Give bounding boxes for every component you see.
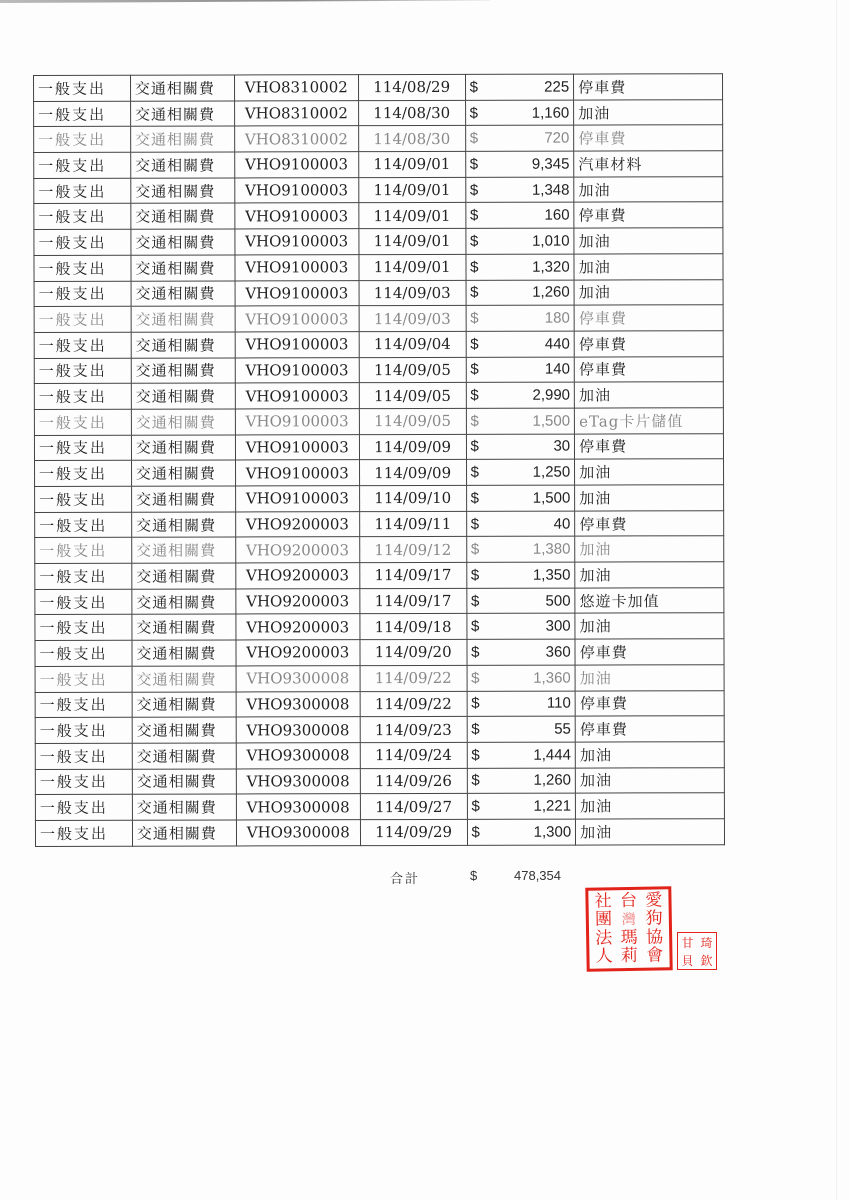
date-cell: 114/08/30 bbox=[358, 100, 465, 126]
amount-value: 1,300 bbox=[534, 823, 572, 840]
table-row: 一般支出交通相關費VHO9300008114/09/27$1,221加油 bbox=[35, 793, 724, 820]
expense-type-cell: 一般支出 bbox=[34, 127, 131, 153]
seal-character: 台 bbox=[616, 893, 642, 910]
table-row: 一般支出交通相關費VHO9100003114/09/01$9,345汽車材料 bbox=[34, 151, 723, 178]
table-row: 一般支出交通相關費VHO9100003114/09/01$1,320加油 bbox=[34, 254, 723, 281]
description-cell: 加油 bbox=[576, 793, 725, 819]
voucher-number-cell: VHO9300008 bbox=[236, 691, 360, 717]
expense-type-cell: 一般支出 bbox=[34, 229, 131, 255]
voucher-number-cell: VHO8310002 bbox=[234, 100, 358, 126]
category-cell: 交通相關費 bbox=[131, 460, 235, 486]
table-row: 一般支出交通相關費VHO9100003114/09/04$440停車費 bbox=[34, 331, 723, 358]
currency-symbol: $ bbox=[470, 413, 478, 430]
date-cell: 114/09/17 bbox=[359, 562, 466, 588]
amount-cell: $1,300 bbox=[467, 819, 576, 845]
currency-symbol: $ bbox=[471, 567, 479, 584]
table-row: 一般支出交通相關費VHO9100003114/09/09$30停車費 bbox=[34, 433, 723, 460]
personal-seal: 甘琦貝欽 bbox=[677, 932, 717, 970]
amount-cell: $1,160 bbox=[465, 100, 574, 126]
description-cell: eTag卡片儲值 bbox=[575, 408, 724, 434]
table-row: 一般支出交通相關費VHO9100003114/09/01$1,010加油 bbox=[34, 228, 723, 255]
seal-character: 貝 bbox=[678, 952, 697, 969]
amount-value: 30 bbox=[553, 438, 570, 455]
voucher-number-cell: VHO9100003 bbox=[235, 460, 359, 486]
voucher-number-cell: VHO9100003 bbox=[235, 177, 359, 203]
amount-cell: $110 bbox=[467, 691, 576, 717]
expense-type-cell: 一般支出 bbox=[35, 743, 132, 769]
date-cell: 114/09/27 bbox=[360, 794, 467, 820]
currency-symbol: $ bbox=[471, 438, 479, 455]
expense-type-cell: 一般支出 bbox=[34, 435, 131, 461]
category-cell: 交通相關費 bbox=[131, 383, 235, 409]
seal-character: 琦 bbox=[697, 934, 716, 951]
amount-cell: $1,260 bbox=[467, 768, 576, 794]
description-cell: 加油 bbox=[575, 613, 724, 639]
currency-symbol: $ bbox=[470, 207, 478, 224]
description-cell: 停車費 bbox=[574, 202, 723, 228]
expense-type-cell: 一般支出 bbox=[35, 794, 132, 820]
amount-value: 180 bbox=[545, 310, 570, 327]
table-row: 一般支出交通相關費VHO9100003114/09/01$160停車費 bbox=[34, 202, 723, 229]
date-cell: 114/09/29 bbox=[360, 819, 467, 845]
description-cell: 停車費 bbox=[574, 305, 723, 331]
total-value: 478,354 bbox=[514, 868, 561, 883]
amount-cell: $1,380 bbox=[466, 536, 575, 562]
amount-value: 720 bbox=[544, 130, 569, 147]
amount-value: 1,260 bbox=[533, 772, 571, 789]
amount-cell: $1,320 bbox=[466, 254, 575, 280]
expense-type-cell: 一般支出 bbox=[35, 692, 132, 718]
amount-value: 1,500 bbox=[533, 489, 571, 506]
expense-type-cell: 一般支出 bbox=[35, 461, 132, 487]
description-cell: 停車費 bbox=[574, 331, 723, 357]
expense-type-cell: 一般支出 bbox=[35, 589, 132, 615]
table-row: 一般支出交通相關費VHO9200003114/09/17$1,350加油 bbox=[35, 562, 724, 589]
amount-cell: $720 bbox=[465, 125, 574, 151]
date-cell: 114/09/18 bbox=[360, 614, 467, 640]
date-cell: 114/09/01 bbox=[359, 254, 466, 280]
amount-value: 225 bbox=[544, 78, 569, 95]
amount-cell: $1,350 bbox=[466, 562, 575, 588]
description-cell: 加油 bbox=[574, 254, 723, 280]
category-cell: 交通相關費 bbox=[132, 691, 236, 717]
date-cell: 114/09/01 bbox=[358, 177, 465, 203]
currency-symbol: $ bbox=[471, 695, 479, 712]
table-row: 一般支出交通相關費VHO9100003114/09/05$140停車費 bbox=[34, 356, 723, 383]
category-cell: 交通相關費 bbox=[132, 666, 236, 692]
amount-cell: $55 bbox=[467, 716, 576, 742]
total-label: 合計 bbox=[390, 868, 430, 887]
category-cell: 交通相關費 bbox=[131, 126, 235, 152]
expense-type-cell: 一般支出 bbox=[34, 152, 131, 178]
total-currency: $ bbox=[470, 868, 477, 883]
amount-value: 1,250 bbox=[533, 464, 571, 481]
category-cell: 交通相關費 bbox=[131, 486, 235, 512]
seal-character: 愛 bbox=[641, 892, 667, 909]
amount-cell: $180 bbox=[466, 305, 575, 331]
voucher-number-cell: VHO9300008 bbox=[236, 665, 360, 691]
seal-character: 團 bbox=[591, 911, 617, 928]
table-row: 一般支出交通相關費VHO9100003114/09/10$1,500加油 bbox=[35, 485, 724, 512]
category-cell: 交通相關費 bbox=[131, 152, 235, 178]
category-cell: 交通相關費 bbox=[132, 743, 236, 769]
table-row: 一般支出交通相關費VHO9200003114/09/18$300加油 bbox=[35, 613, 724, 640]
amount-value: 160 bbox=[544, 207, 569, 224]
voucher-number-cell: VHO9100003 bbox=[235, 332, 359, 358]
date-cell: 114/09/01 bbox=[359, 228, 466, 254]
scan-edge-shadow bbox=[0, 0, 490, 3]
amount-cell: $1,500 bbox=[466, 485, 575, 511]
voucher-number-cell: VHO9300008 bbox=[236, 794, 360, 820]
seal-character: 甘 bbox=[678, 934, 697, 951]
seal-character: 人 bbox=[591, 948, 617, 965]
description-cell: 停車費 bbox=[575, 510, 724, 536]
amount-value: 40 bbox=[554, 515, 571, 532]
currency-symbol: $ bbox=[471, 592, 479, 609]
amount-cell: $1,360 bbox=[467, 665, 576, 691]
voucher-number-cell: VHO9300008 bbox=[236, 717, 360, 743]
currency-symbol: $ bbox=[471, 618, 479, 635]
amount-value: 1,010 bbox=[532, 233, 570, 250]
amount-cell: $225 bbox=[465, 74, 574, 100]
amount-cell: $160 bbox=[465, 203, 574, 229]
currency-symbol: $ bbox=[470, 181, 478, 198]
expense-type-cell: 一般支出 bbox=[34, 409, 131, 435]
category-cell: 交通相關費 bbox=[131, 255, 235, 281]
category-cell: 交通相關費 bbox=[132, 614, 236, 640]
table-row: 一般支出交通相關費VHO9300008114/09/29$1,300加油 bbox=[35, 819, 724, 846]
voucher-number-cell: VHO9100003 bbox=[235, 486, 359, 512]
expense-type-cell: 一般支出 bbox=[35, 717, 132, 743]
expense-type-cell: 一般支出 bbox=[34, 358, 131, 384]
category-cell: 交通相關費 bbox=[131, 229, 235, 255]
table-row: 一般支出交通相關費VHO9100003114/09/05$1,500eTag卡片… bbox=[34, 408, 723, 435]
category-cell: 交通相關費 bbox=[132, 512, 236, 538]
currency-symbol: $ bbox=[471, 515, 479, 532]
category-cell: 交通相關費 bbox=[132, 640, 236, 666]
date-cell: 114/09/11 bbox=[359, 511, 466, 537]
date-cell: 114/09/09 bbox=[359, 434, 466, 460]
date-cell: 114/09/22 bbox=[360, 691, 467, 717]
expense-type-cell: 一般支出 bbox=[34, 332, 131, 358]
currency-symbol: $ bbox=[470, 310, 478, 327]
currency-symbol: $ bbox=[471, 669, 479, 686]
table-row: 一般支出交通相關費VHO9300008114/09/22$1,360加油 bbox=[35, 665, 724, 692]
amount-cell: $30 bbox=[466, 434, 575, 460]
expense-type-cell: 一般支出 bbox=[35, 538, 132, 564]
expense-type-cell: 一般支出 bbox=[34, 101, 131, 127]
description-cell: 加油 bbox=[574, 99, 723, 125]
voucher-number-cell: VHO9200003 bbox=[236, 640, 360, 666]
amount-value: 440 bbox=[545, 335, 570, 352]
description-cell: 加油 bbox=[574, 176, 723, 202]
date-cell: 114/09/01 bbox=[358, 151, 465, 177]
category-cell: 交通相關費 bbox=[131, 178, 235, 204]
expense-type-cell: 一般支出 bbox=[35, 666, 132, 692]
amount-value: 500 bbox=[545, 592, 570, 609]
seal-character: 莉 bbox=[617, 948, 643, 965]
currency-symbol: $ bbox=[470, 336, 478, 353]
amount-cell: $440 bbox=[466, 331, 575, 357]
category-cell: 交通相關費 bbox=[132, 563, 236, 589]
currency-symbol: $ bbox=[470, 233, 478, 250]
voucher-number-cell: VHO9200003 bbox=[236, 614, 360, 640]
currency-symbol: $ bbox=[471, 490, 479, 507]
amount-cell: $2,990 bbox=[466, 382, 575, 408]
amount-cell: $300 bbox=[466, 614, 575, 640]
currency-symbol: $ bbox=[471, 541, 479, 558]
voucher-number-cell: VHO9100003 bbox=[235, 383, 359, 409]
description-cell: 加油 bbox=[574, 228, 723, 254]
category-cell: 交通相關費 bbox=[132, 717, 236, 743]
expense-ledger-table: 一般支出交通相關費VHO8310002114/08/29$225停車費一般支出交… bbox=[33, 73, 725, 846]
amount-cell: $1,260 bbox=[466, 280, 575, 306]
category-cell: 交通相關費 bbox=[131, 332, 235, 358]
description-cell: 停車費 bbox=[574, 125, 723, 151]
amount-value: 1,350 bbox=[533, 567, 571, 584]
amount-cell: $1,010 bbox=[465, 228, 574, 254]
description-cell: 加油 bbox=[575, 767, 724, 793]
description-cell: 加油 bbox=[575, 536, 724, 562]
amount-value: 1,260 bbox=[532, 284, 570, 301]
amount-cell: $1,348 bbox=[465, 177, 574, 203]
amount-cell: $40 bbox=[466, 511, 575, 537]
description-cell: 加油 bbox=[575, 665, 724, 691]
currency-symbol: $ bbox=[471, 772, 479, 789]
seal-character: 法 bbox=[591, 930, 617, 947]
voucher-number-cell: VHO9100003 bbox=[235, 229, 359, 255]
category-cell: 交通相關費 bbox=[131, 435, 235, 461]
category-cell: 交通相關費 bbox=[132, 537, 236, 563]
amount-cell: $1,250 bbox=[466, 459, 575, 485]
currency-symbol: $ bbox=[470, 156, 478, 173]
currency-symbol: $ bbox=[470, 130, 478, 147]
date-cell: 114/09/26 bbox=[360, 768, 467, 794]
voucher-number-cell: VHO9100003 bbox=[234, 152, 358, 178]
table-row: 一般支出交通相關費VHO9100003114/09/03$1,260加油 bbox=[34, 279, 723, 306]
amount-value: 1,380 bbox=[533, 541, 571, 558]
expense-type-cell: 一般支出 bbox=[34, 178, 131, 204]
category-cell: 交通相關費 bbox=[131, 306, 235, 332]
amount-value: 55 bbox=[554, 721, 571, 738]
amount-value: 1,160 bbox=[532, 104, 570, 121]
description-cell: 加油 bbox=[574, 279, 723, 305]
table-row: 一般支出交通相關費VHO8310002114/08/29$225停車費 bbox=[34, 74, 723, 101]
description-cell: 停車費 bbox=[575, 690, 724, 716]
amount-cell: $1,444 bbox=[467, 742, 576, 768]
voucher-number-cell: VHO8310002 bbox=[234, 75, 358, 101]
voucher-number-cell: VHO9100003 bbox=[235, 280, 359, 306]
amount-value: 360 bbox=[546, 644, 571, 661]
table-row: 一般支出交通相關費VHO8310002114/08/30$1,160加油 bbox=[34, 99, 723, 126]
amount-value: 1,221 bbox=[534, 798, 572, 815]
currency-symbol: $ bbox=[470, 258, 478, 275]
currency-symbol: $ bbox=[470, 387, 478, 404]
amount-cell: $360 bbox=[467, 639, 576, 665]
table-row: 一般支出交通相關費VHO9300008114/09/22$110停車費 bbox=[35, 690, 724, 717]
amount-cell: $1,221 bbox=[467, 793, 576, 819]
amount-value: 1,320 bbox=[532, 258, 570, 275]
seal-character: 協 bbox=[642, 929, 668, 946]
date-cell: 114/09/20 bbox=[360, 639, 467, 665]
date-cell: 114/09/22 bbox=[360, 665, 467, 691]
date-cell: 114/09/04 bbox=[359, 331, 466, 357]
table-row: 一般支出交通相關費VHO9200003114/09/11$40停車費 bbox=[35, 510, 724, 537]
expense-type-cell: 一般支出 bbox=[35, 512, 132, 538]
currency-symbol: $ bbox=[470, 284, 478, 301]
currency-symbol: $ bbox=[471, 464, 479, 481]
seal-character: 狗 bbox=[641, 911, 667, 928]
category-cell: 交通相關費 bbox=[131, 280, 235, 306]
description-cell: 加油 bbox=[575, 742, 724, 768]
amount-value: 140 bbox=[545, 361, 570, 378]
date-cell: 114/09/23 bbox=[360, 717, 467, 743]
amount-value: 300 bbox=[546, 618, 571, 635]
category-cell: 交通相關費 bbox=[131, 203, 235, 229]
category-cell: 交通相關費 bbox=[131, 409, 235, 435]
category-cell: 交通相關費 bbox=[131, 358, 235, 384]
description-cell: 停車費 bbox=[574, 74, 723, 100]
table-row: 一般支出交通相關費VHO9300008114/09/23$55停車費 bbox=[35, 716, 724, 743]
seal-character: 會 bbox=[642, 948, 668, 965]
voucher-number-cell: VHO9200003 bbox=[236, 563, 360, 589]
category-cell: 交通相關費 bbox=[130, 101, 234, 127]
amount-cell: $1,500 bbox=[466, 408, 575, 434]
description-cell: 停車費 bbox=[575, 716, 724, 742]
category-cell: 交通相關費 bbox=[132, 794, 236, 820]
date-cell: 114/09/12 bbox=[359, 537, 466, 563]
table-row: 一般支出交通相關費VHO9100003114/09/05$2,990加油 bbox=[34, 382, 723, 409]
description-cell: 加油 bbox=[574, 382, 723, 408]
voucher-number-cell: VHO9100003 bbox=[235, 306, 359, 332]
table-row: 一般支出交通相關費VHO9100003114/09/09$1,250加油 bbox=[35, 459, 724, 486]
voucher-number-cell: VHO9100003 bbox=[235, 434, 359, 460]
expense-type-cell: 一般支出 bbox=[34, 306, 131, 332]
voucher-number-cell: VHO9100003 bbox=[235, 409, 359, 435]
description-cell: 停車費 bbox=[575, 433, 724, 459]
currency-symbol: $ bbox=[470, 104, 478, 121]
date-cell: 114/08/30 bbox=[358, 126, 465, 152]
currency-symbol: $ bbox=[471, 721, 479, 738]
description-cell: 悠遊卡加值 bbox=[575, 587, 724, 613]
amount-cell: $500 bbox=[466, 588, 575, 614]
date-cell: 114/09/03 bbox=[359, 280, 466, 306]
category-cell: 交通相關費 bbox=[132, 820, 236, 846]
organization-seal: 社台愛團灣狗法瑪協人莉會 bbox=[585, 886, 672, 971]
amount-value: 1,348 bbox=[532, 181, 570, 198]
description-cell: 加油 bbox=[575, 459, 724, 485]
description-cell: 加油 bbox=[576, 819, 725, 845]
table-row: 一般支出交通相關費VHO9200003114/09/12$1,380加油 bbox=[35, 536, 724, 563]
date-cell: 114/09/05 bbox=[359, 383, 466, 409]
voucher-number-cell: VHO9100003 bbox=[235, 357, 359, 383]
table-row: 一般支出交通相關費VHO8310002114/08/30$720停車費 bbox=[34, 125, 723, 152]
date-cell: 114/09/03 bbox=[359, 306, 466, 332]
voucher-number-cell: VHO9300008 bbox=[236, 820, 360, 846]
date-cell: 114/09/17 bbox=[360, 588, 467, 614]
expense-type-cell: 一般支出 bbox=[35, 486, 132, 512]
currency-symbol: $ bbox=[471, 747, 479, 764]
expense-type-cell: 一般支出 bbox=[34, 255, 131, 281]
expense-type-cell: 一般支出 bbox=[35, 640, 132, 666]
amount-value: 1,444 bbox=[533, 746, 571, 763]
amount-value: 1,360 bbox=[533, 669, 571, 686]
date-cell: 114/09/05 bbox=[359, 357, 466, 383]
description-cell: 停車費 bbox=[575, 639, 724, 665]
amount-value: 9,345 bbox=[532, 156, 570, 173]
voucher-number-cell: VHO9200003 bbox=[236, 588, 360, 614]
voucher-number-cell: VHO9200003 bbox=[235, 537, 359, 563]
seal-character: 瑪 bbox=[616, 930, 642, 947]
currency-symbol: $ bbox=[471, 798, 479, 815]
expense-type-cell: 一般支出 bbox=[34, 383, 131, 409]
expense-type-cell: 一般支出 bbox=[35, 769, 132, 795]
currency-symbol: $ bbox=[472, 824, 480, 841]
amount-cell: $9,345 bbox=[465, 151, 574, 177]
table-row: 一般支出交通相關費VHO9100003114/09/01$1,348加油 bbox=[34, 176, 723, 203]
date-cell: 114/09/10 bbox=[359, 485, 466, 511]
category-cell: 交通相關費 bbox=[132, 769, 236, 795]
voucher-number-cell: VHO9100003 bbox=[235, 254, 359, 280]
description-cell: 汽車材料 bbox=[574, 151, 723, 177]
amount-cell: $140 bbox=[466, 357, 575, 383]
date-cell: 114/09/05 bbox=[359, 408, 466, 434]
expense-type-cell: 一般支出 bbox=[34, 281, 131, 307]
table-row: 一般支出交通相關費VHO9100003114/09/03$180停車費 bbox=[34, 305, 723, 332]
expense-type-cell: 一般支出 bbox=[34, 75, 131, 101]
seal-character: 社 bbox=[590, 893, 616, 910]
description-cell: 加油 bbox=[575, 562, 724, 588]
voucher-number-cell: VHO9300008 bbox=[236, 743, 360, 769]
expense-type-cell: 一般支出 bbox=[35, 563, 132, 589]
seal-character: 欽 bbox=[697, 952, 716, 969]
currency-symbol: $ bbox=[470, 361, 478, 378]
category-cell: 交通相關費 bbox=[130, 75, 234, 101]
expense-type-cell: 一般支出 bbox=[34, 204, 131, 230]
amount-value: 2,990 bbox=[532, 387, 570, 404]
seal-character: 灣 bbox=[616, 913, 642, 927]
voucher-number-cell: VHO9100003 bbox=[235, 203, 359, 229]
voucher-number-cell: VHO8310002 bbox=[234, 126, 358, 152]
description-cell: 加油 bbox=[575, 485, 724, 511]
table-row: 一般支出交通相關費VHO9300008114/09/26$1,260加油 bbox=[35, 767, 724, 794]
date-cell: 114/09/24 bbox=[360, 742, 467, 768]
category-cell: 交通相關費 bbox=[132, 589, 236, 615]
table-row: 一般支出交通相關費VHO9200003114/09/17$500悠遊卡加值 bbox=[35, 587, 724, 614]
date-cell: 114/09/09 bbox=[359, 460, 466, 486]
expense-type-cell: 一般支出 bbox=[35, 615, 132, 641]
expense-type-cell: 一般支出 bbox=[35, 820, 132, 846]
voucher-number-cell: VHO9200003 bbox=[235, 511, 359, 537]
date-cell: 114/09/01 bbox=[359, 203, 466, 229]
table-row: 一般支出交通相關費VHO9300008114/09/24$1,444加油 bbox=[35, 742, 724, 769]
amount-value: 1,500 bbox=[533, 412, 571, 429]
amount-value: 110 bbox=[547, 695, 571, 712]
page-edge bbox=[836, 0, 837, 1200]
table-row: 一般支出交通相關費VHO9200003114/09/20$360停車費 bbox=[35, 639, 724, 666]
date-cell: 114/08/29 bbox=[358, 74, 465, 100]
currency-symbol: $ bbox=[471, 644, 479, 661]
currency-symbol: $ bbox=[470, 79, 478, 96]
description-cell: 停車費 bbox=[574, 356, 723, 382]
voucher-number-cell: VHO9300008 bbox=[236, 768, 360, 794]
